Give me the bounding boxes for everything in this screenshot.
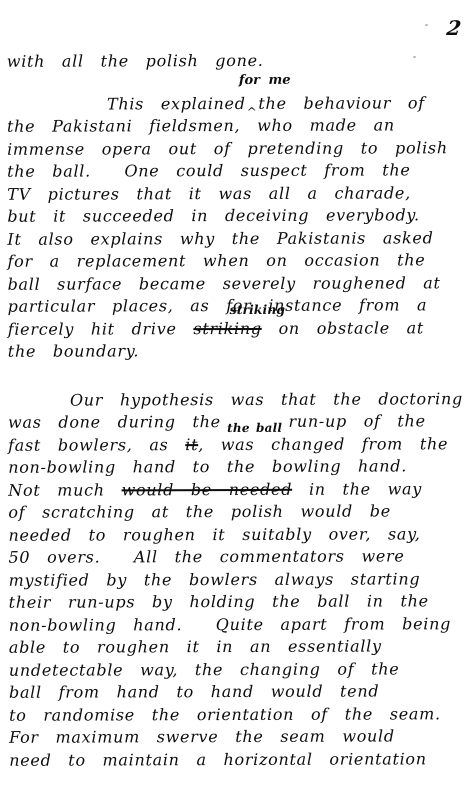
- text-run: for me: [239, 72, 291, 87]
- handwritten-line: TV pictures that it was all a charade,: [7, 182, 467, 206]
- handwritten-line: to randomise the orientation of the seam…: [9, 703, 469, 727]
- text-run: immense opera out of pretending to polis…: [7, 138, 448, 159]
- text-run: 50 overs. All the commentators were: [8, 546, 404, 566]
- text-run: to randomise the orientation of the seam…: [9, 704, 441, 725]
- text-run: mystified by the bowlers always starting: [9, 569, 421, 589]
- handwritten-line: the boundary.: [8, 339, 468, 363]
- text-run: of scratching at the polish would be: [8, 501, 391, 521]
- text-run: , was changed from the: [198, 434, 448, 454]
- text-run: It also explains why the Pakistanis aske…: [7, 228, 433, 248]
- text-run: with all the polish gone.: [7, 51, 264, 71]
- text-run: This explained: [107, 93, 246, 112]
- text-run: run-up of the: [288, 411, 425, 430]
- handwritten-line: mystified by the bowlers always starting: [9, 568, 469, 592]
- handwritten-line: but it succeeded in deceiving everybody.: [7, 204, 467, 228]
- text-run: need to maintain a horizontal orientatio…: [9, 749, 427, 769]
- text-run: was done during the: [8, 412, 221, 432]
- handwritten-line: need to maintain a horizontal orientatio…: [9, 748, 469, 772]
- handwritten-line: For maximum swerve the seam would: [9, 725, 469, 749]
- handwritten-line: ball from hand to hand would tend: [9, 680, 469, 704]
- handwritten-line: for a replacement when on occasion the: [7, 249, 467, 273]
- text-run: in the way: [292, 479, 422, 498]
- handwritten-line: undetectable way, the changing of the: [9, 658, 469, 682]
- handwritten-line: the ball. One could suspect from the: [7, 159, 467, 183]
- text-run: the Pakistani fieldsmen, who made an: [7, 115, 395, 135]
- text-run: their run-ups by holding the ball in the: [9, 591, 429, 611]
- text-run: ball from hand to hand would tend: [9, 682, 379, 702]
- text-run: for a replacement when on occasion the: [7, 250, 425, 270]
- text-run: but it succeeded in deceiving everybody.: [7, 205, 420, 225]
- handwritten-line: Not much would be needed in the way: [8, 478, 468, 502]
- handwritten-line: needed to roughen it suitably over, say,: [8, 523, 468, 547]
- text-run: Not much: [8, 480, 121, 499]
- text-run: able to roughen it in an essentially: [9, 636, 382, 656]
- handwritten-line: It also explains why the Pakistanis aske…: [7, 227, 467, 251]
- text-run: TV pictures that it was all a charade,: [7, 183, 411, 203]
- handwritten-line: the Pakistani fieldsmen, who made an: [7, 114, 467, 138]
- handwritten-line: ball surface became severely roughened a…: [8, 272, 468, 296]
- text-run: undetectable way, the changing of the: [9, 659, 400, 679]
- text-run: on obstacle at: [262, 318, 424, 338]
- handwritten-line: non-bowling hand to the bowling hand.: [8, 455, 468, 479]
- text-run: For maximum swerve the seam would: [9, 726, 395, 746]
- handwritten-line: able to roughen it in an essentially: [9, 635, 469, 659]
- handwritten-line: fast bowlers, as it, was changed from th…: [8, 433, 468, 457]
- handwritten-line: was done during the the ball run-up of t…: [8, 410, 468, 434]
- text-run: striking: [230, 301, 285, 316]
- handwritten-line: immense opera out of pretending to polis…: [7, 137, 467, 161]
- handwritten-line: non-bowling hand. Quite apart from being: [9, 613, 469, 637]
- text-run: non-bowling hand. Quite apart from being: [9, 614, 451, 635]
- handwritten-line: their run-ups by holding the ball in the: [9, 590, 469, 614]
- manuscript-body: with all the polish gone.for meThis expl…: [7, 49, 470, 772]
- text-run: the boundary.: [8, 341, 139, 360]
- struck-out-text: it: [185, 435, 198, 454]
- handwritten-line: fiercely hit drive striking on obstacle …: [8, 317, 468, 341]
- text-run: the behaviour of: [258, 93, 425, 113]
- text-run: needed to roughen it suitably over, say,: [8, 524, 420, 544]
- handwritten-line: with all the polish gone.: [7, 49, 467, 73]
- scan-speck: [425, 24, 428, 26]
- text-run: ball surface became severely roughened a…: [8, 273, 441, 294]
- handwritten-line: of scratching at the polish would be: [8, 500, 468, 524]
- struck-out-text: would be needed: [122, 479, 293, 499]
- text-run: fast bowlers, as: [8, 435, 185, 455]
- page-number: 2: [445, 16, 462, 40]
- text-run: Our hypothesis was that the doctoring: [70, 389, 463, 409]
- text-run: non-bowling hand to the bowling hand.: [8, 456, 407, 476]
- manuscript-page: 2 with all the polish gone.for meThis ex…: [0, 0, 474, 800]
- handwritten-line: 50 overs. All the commentators were: [8, 545, 468, 569]
- handwritten-line: This explained^the behaviour of: [7, 92, 467, 116]
- inserted-word-line: for me: [7, 72, 467, 94]
- text-run: fiercely hit drive: [8, 319, 194, 339]
- paragraph-gap: [8, 362, 468, 390]
- handwritten-line: Our hypothesis was that the doctoring: [8, 388, 468, 412]
- text-run: the ball. One could suspect from the: [7, 160, 410, 180]
- struck-out-text: striking: [193, 318, 261, 337]
- text-run: particular places, as for instance from …: [8, 295, 428, 315]
